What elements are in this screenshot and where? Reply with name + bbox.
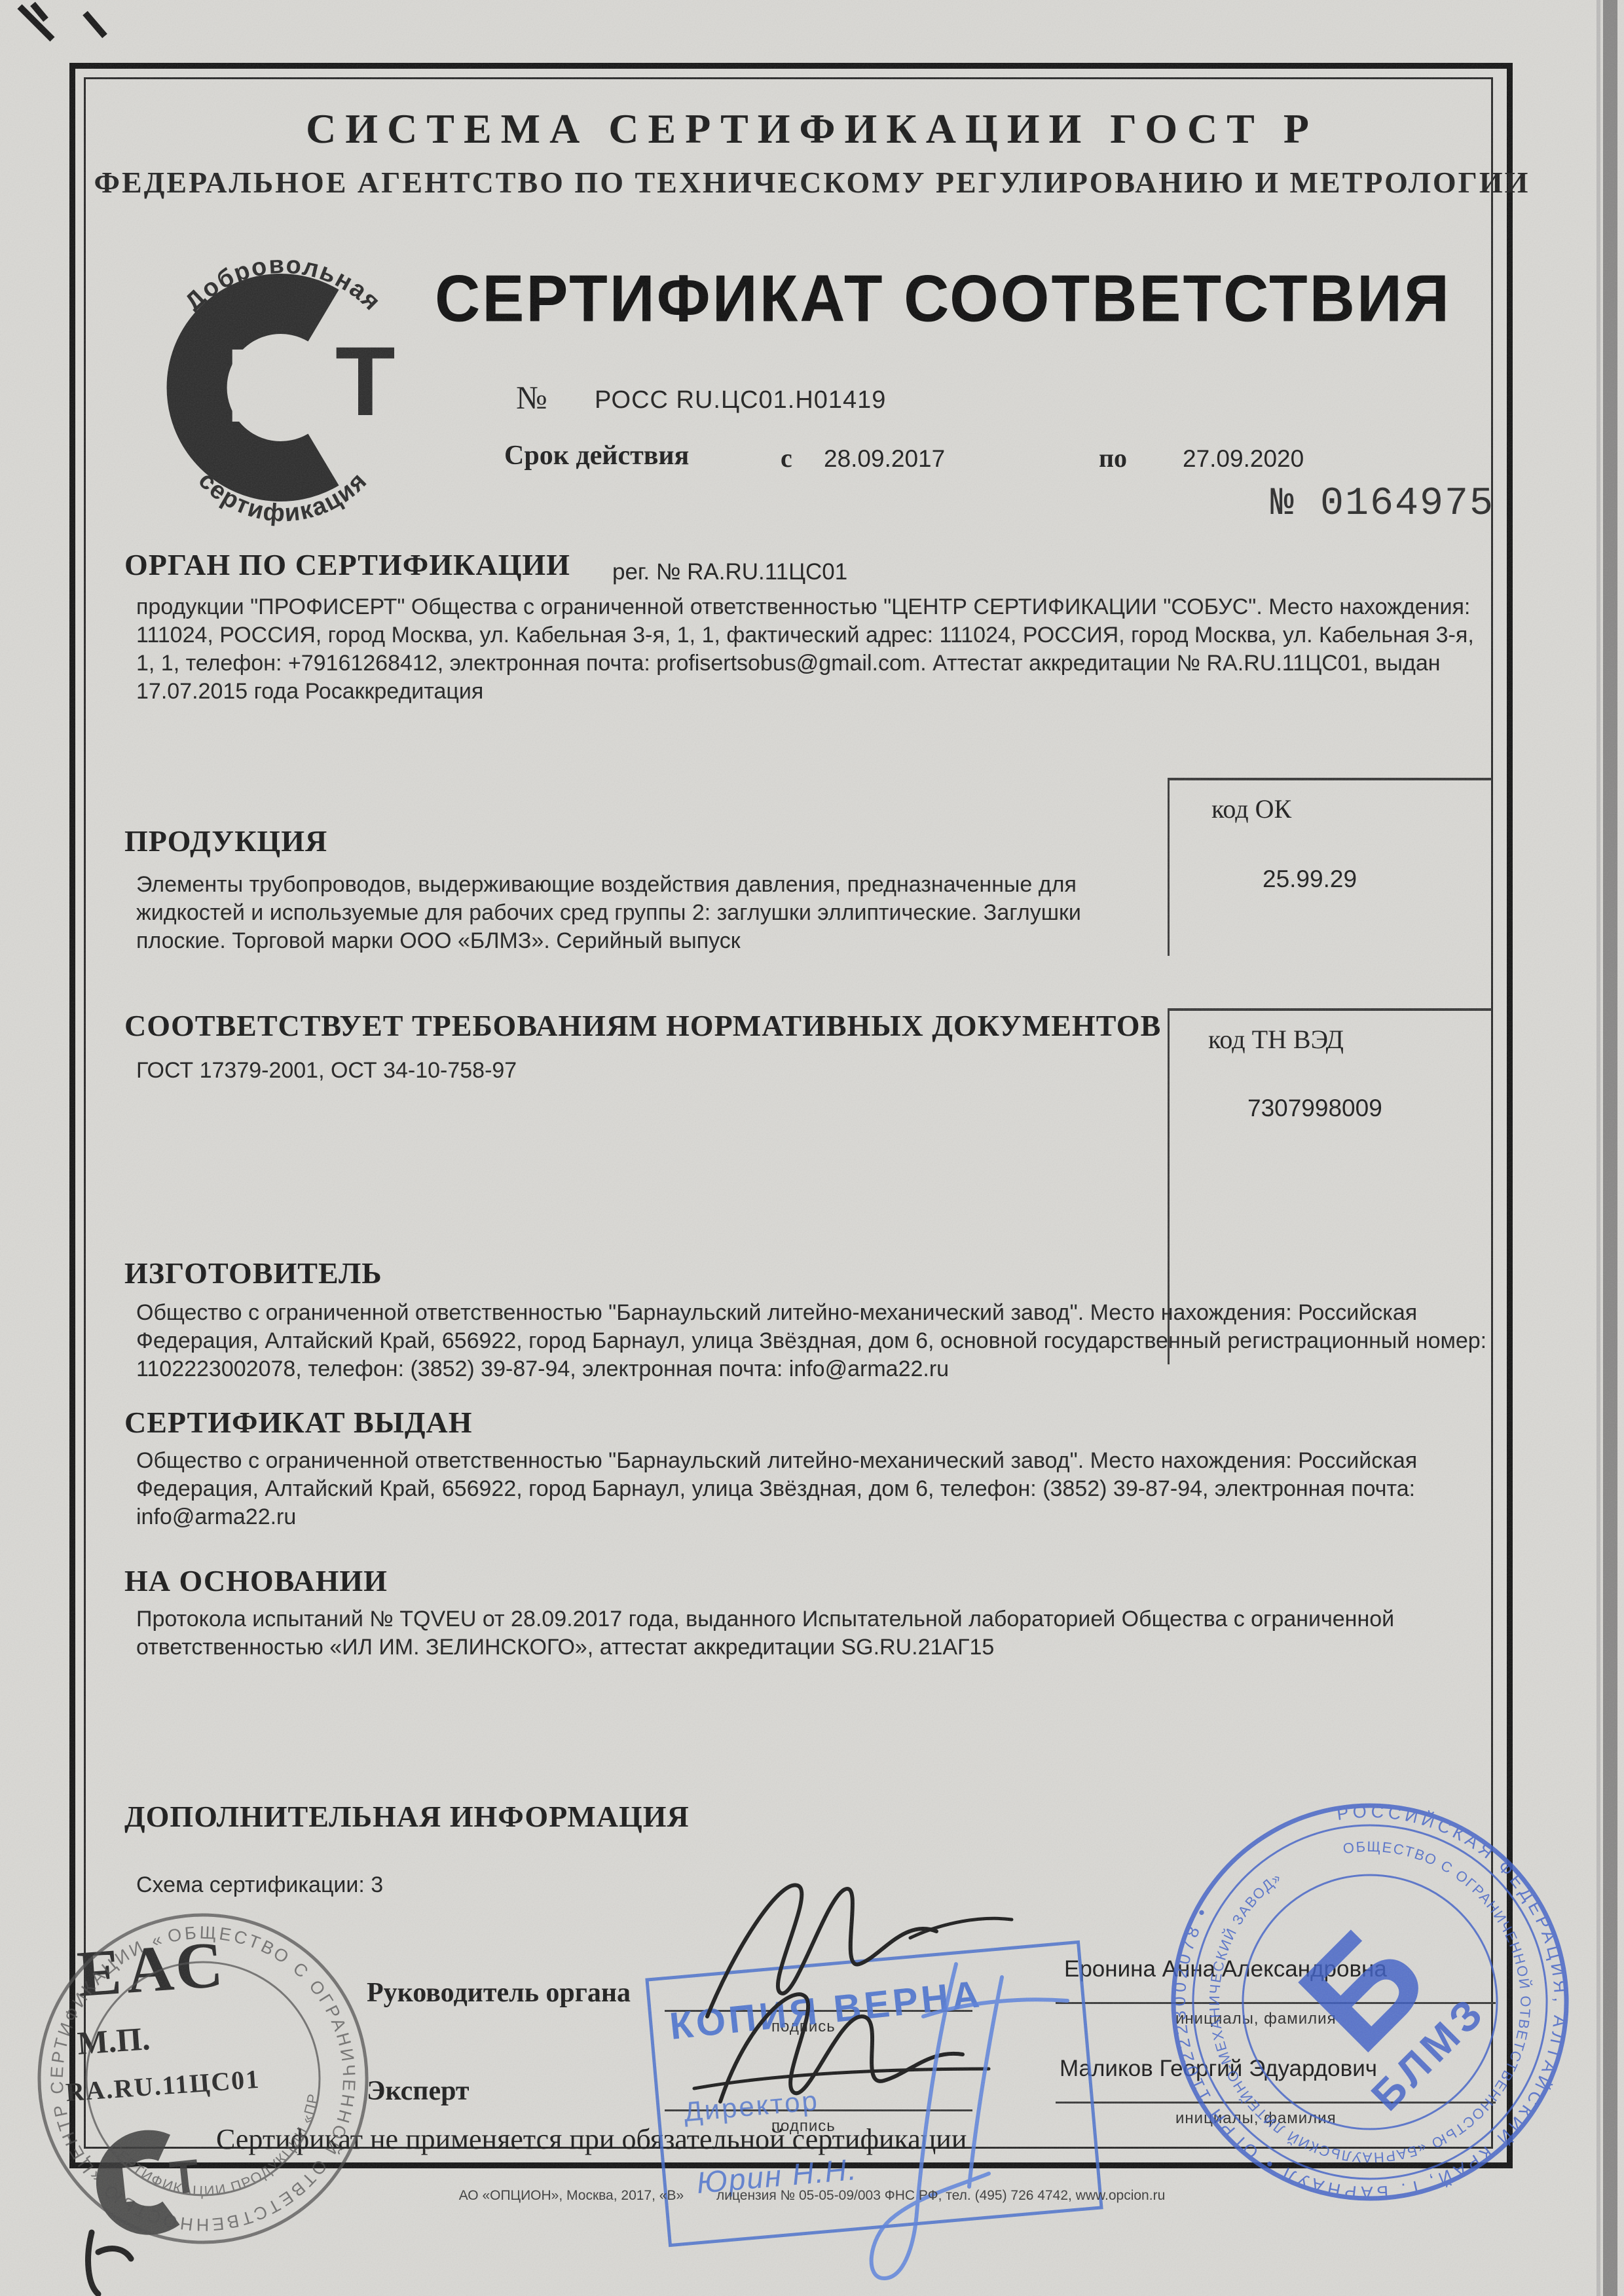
imprint-row: АО «ОПЦИОН», Москва, 2017, «В» лицензия … [0, 2188, 1624, 2204]
certificate-number-sign: № [516, 378, 547, 416]
agency-title: ФЕДЕРАЛЬНОЕ АГЕНТСТВО ПО ТЕХНИЧЕСКОМУ РЕ… [0, 165, 1624, 200]
blank-serial-number: № 0164975 [1270, 482, 1494, 526]
tnved-code-label: код ТН ВЭД [1208, 1024, 1344, 1055]
copy-stamp-title: КОПИЯ ВЕРНА [667, 1972, 984, 2049]
validity-to-date: 27.09.2020 [1183, 445, 1304, 473]
copy-stamp-position: Директор [682, 2085, 820, 2128]
validity-to-label: по [1099, 443, 1127, 473]
certifier-stamp-ring-outer: ОБЩЕСТВО С ОГРАНИЧЕННОЙ ОТВЕТСТВЕННОСТЬЮ… [20, 1895, 386, 2262]
validity-from-date: 28.09.2017 [824, 445, 945, 473]
production-body: Элементы трубопроводов, выдерживающие во… [136, 871, 1118, 955]
head-of-body-label: Руководитель органа [367, 1977, 631, 2009]
section-basis-title: НА ОСНОВАНИИ [124, 1563, 388, 1598]
imprint-printer: АО «ОПЦИОН», Москва, 2017, «В» [459, 2188, 684, 2203]
ok-code-value: 25.99.29 [1263, 866, 1357, 893]
basis-body: Протокола испытаний № TQVEU от 28.09.201… [136, 1605, 1502, 1662]
section-organ-title: ОРГАН ПО СЕРТИФИКАЦИИ [124, 547, 570, 582]
rst-voluntary-logo: Добровольная сертификация Р Т [139, 244, 427, 532]
scanner-edge-shadow [1603, 0, 1617, 2296]
imprint-license: лицензия № 05-05-09/003 ФНС РФ, тел. (49… [716, 2188, 1165, 2203]
organ-body: продукции "ПРОФИСЕРТ" Общества с огранич… [136, 593, 1495, 706]
section-manufacturer-title: ИЗГОТОВИТЕЛЬ [124, 1256, 382, 1290]
svg-text:ОБЩЕСТВО С ОГРАНИЧЕННОЙ ОТВЕТС: ОБЩЕСТВО С ОГРАНИЧЕННОЙ ОТВЕТСТВЕННОСТЬЮ… [20, 1895, 386, 2262]
scan-artifact-top-left [7, 0, 124, 59]
validity-label: Срок действия [504, 440, 689, 471]
section-issued-title: СЕРТИФИКАТ ВЫДАН [124, 1405, 473, 1440]
section-production-title: ПРОДУКЦИЯ [124, 824, 327, 858]
tnved-code-value: 7307998009 [1247, 1095, 1382, 1122]
ok-code-label: код ОК [1211, 793, 1291, 824]
organ-reg-number: рег. № RA.RU.11ЦС01 [612, 559, 847, 585]
issued-body: Общество с ограниченной ответственностью… [136, 1447, 1495, 1531]
certificate-page: СИСТЕМА СЕРТИФИКАЦИИ ГОСТ Р ФЕДЕРАЛЬНОЕ … [0, 0, 1624, 2296]
certificate-number-value: РОСС RU.ЦС01.Н01419 [595, 386, 886, 414]
section-conformity-title: СООТВЕТСТВУЕТ ТРЕБОВАНИЯМ НОРМАТИВНЫХ ДО… [124, 1008, 1161, 1043]
rst-t-letter: Т [335, 326, 396, 436]
section-additional-title: ДОПОЛНИТЕЛЬНАЯ ИНФОРМАЦИЯ [124, 1799, 690, 1834]
validity-from-label: с [781, 443, 792, 473]
certificate-title: СЕРТИФИКАТ СООТВЕТСТВИЯ [406, 261, 1480, 337]
blmz-round-stamp: РОССИЙСКАЯ ФЕДЕРАЦИЯ, АЛТАЙСКИЙ КРАЙ, Г.… [1154, 1786, 1586, 2218]
rst-p-letter: Р [225, 327, 295, 444]
conformity-body: ГОСТ 17379-2001, ОСТ 34-10-758-97 [136, 1057, 1145, 1085]
system-title: СИСТЕМА СЕРТИФИКАЦИИ ГОСТ Р [0, 105, 1624, 153]
scanner-edge-shadow-light [1596, 0, 1600, 2296]
certifier-round-stamp: ОБЩЕСТВО С ОГРАНИЧЕННОЙ ОТВЕТСТВЕННОСТЬЮ… [20, 1895, 386, 2262]
manufacturer-body: Общество с ограниченной ответственностью… [136, 1299, 1495, 1383]
